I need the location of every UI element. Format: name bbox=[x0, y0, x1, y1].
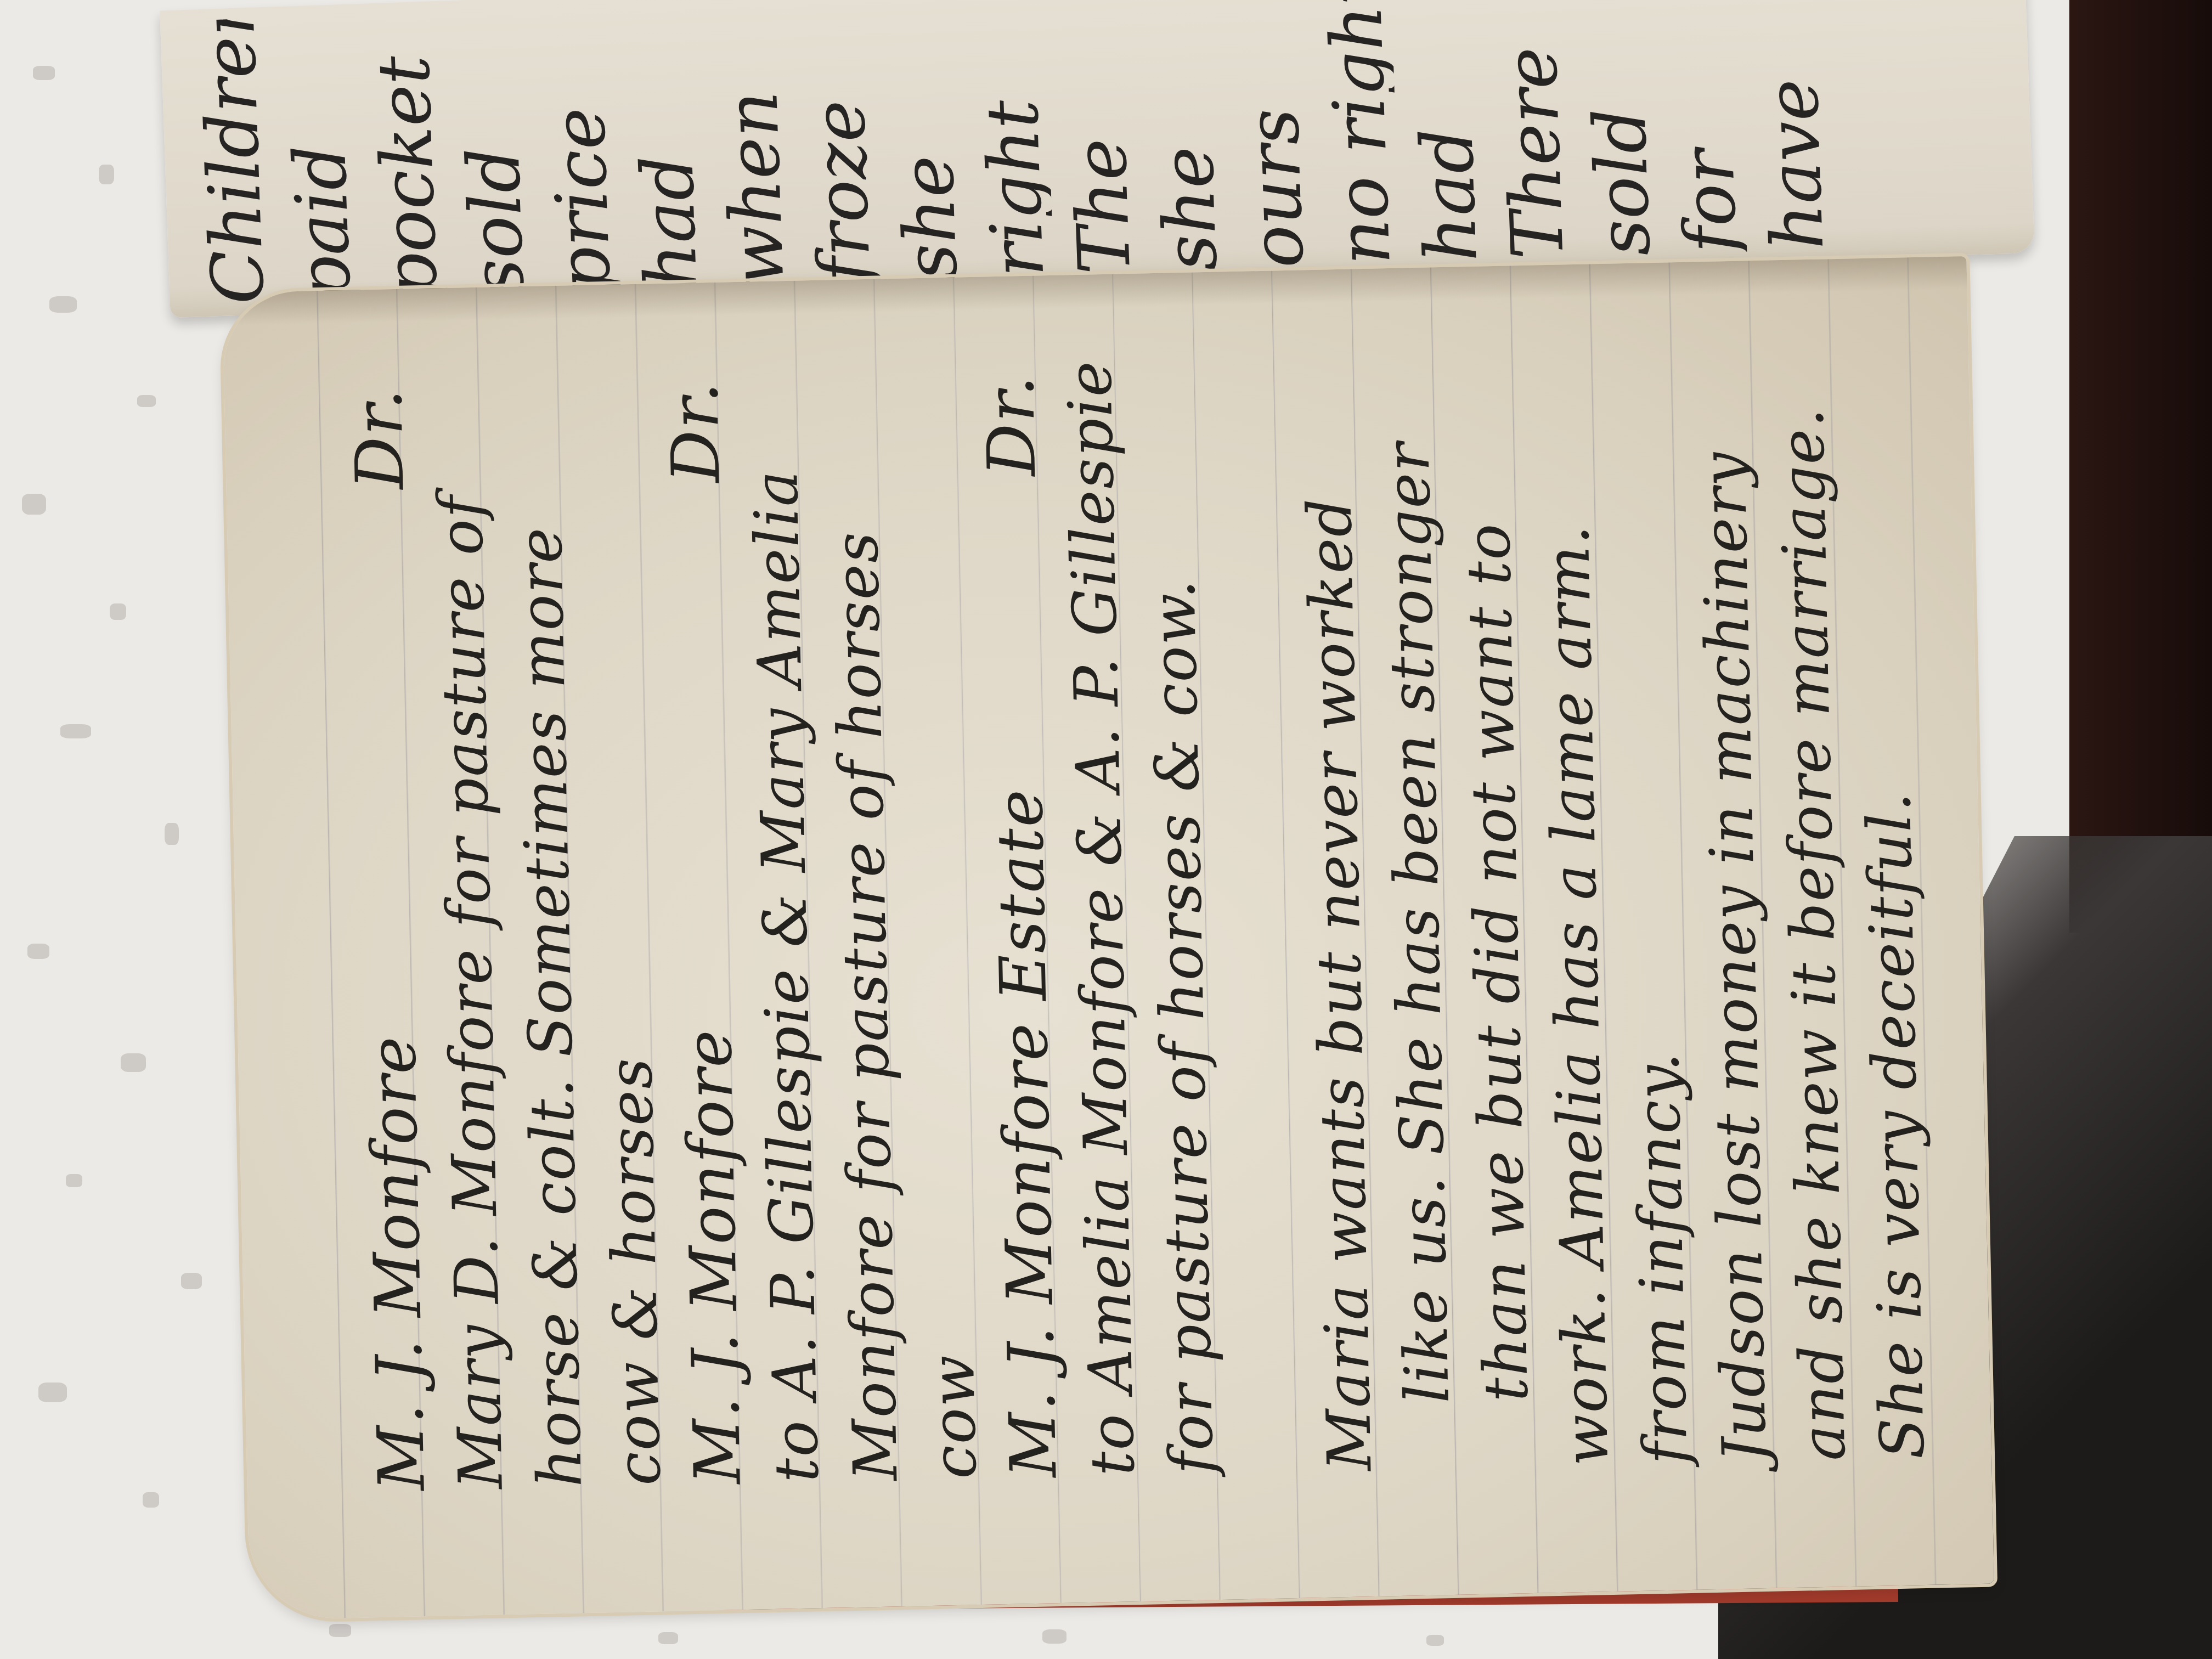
terrazzo-speck bbox=[33, 66, 55, 80]
terrazzo-speck bbox=[137, 395, 156, 407]
handwritten-content: M. J. Monfore Dr. Mary D. Monfore for pa… bbox=[272, 290, 1944, 1586]
terrazzo-speck bbox=[181, 1273, 202, 1289]
debit-label: Dr. bbox=[654, 348, 736, 484]
ledger-entry: M. J. Monfore Estate Dr. to Amelia Monfo… bbox=[970, 338, 1231, 1479]
opposite-fragment: price bbox=[540, 6, 621, 294]
terrazzo-speck bbox=[27, 944, 49, 959]
terrazzo-speck bbox=[66, 1174, 82, 1187]
opposite-fragment: sold bbox=[1579, 0, 1660, 257]
opposite-fragment: paid bbox=[280, 15, 361, 302]
entry-text: cow bbox=[913, 1353, 995, 1480]
opposite-fragment: sold bbox=[453, 9, 534, 296]
opposite-fragment: she bbox=[1146, 0, 1227, 272]
note-text: She is very deceitful. bbox=[1849, 791, 1942, 1460]
terrazzo-speck bbox=[1426, 1635, 1444, 1646]
terrazzo-speck bbox=[60, 724, 91, 738]
entry-text: cow & horses bbox=[590, 1056, 678, 1486]
opposite-fragment: no right bbox=[1319, 0, 1401, 266]
opposite-fragment: for bbox=[1666, 0, 1747, 254]
photo-scene: Children paid pocket sold price had when… bbox=[0, 0, 2212, 1659]
opposite-fragment: she bbox=[886, 0, 967, 281]
terrazzo-speck bbox=[165, 823, 179, 845]
terrazzo-speck bbox=[143, 1492, 159, 1508]
terrazzo-speck bbox=[110, 603, 126, 620]
account-name: M. J. Monfore bbox=[669, 1028, 758, 1485]
debit-label: Dr. bbox=[338, 354, 420, 490]
notes-paragraph: Maria wants but never worked like us. Sh… bbox=[1286, 323, 1942, 1472]
dark-background-right bbox=[2069, 0, 2212, 933]
terrazzo-speck bbox=[658, 1632, 678, 1644]
debit-label: Dr. bbox=[970, 341, 1052, 477]
terrazzo-speck bbox=[38, 1383, 67, 1402]
opposite-fragment: Children bbox=[193, 18, 274, 306]
opposite-fragment: pocket bbox=[366, 12, 448, 300]
opposite-fragment: The bbox=[1059, 0, 1141, 275]
note-text: from infancy. bbox=[1618, 1051, 1706, 1465]
opposite-fragment: There bbox=[1492, 0, 1573, 260]
terrazzo-speck bbox=[22, 494, 46, 515]
terrazzo-speck bbox=[1042, 1629, 1066, 1644]
opposite-fragment: had bbox=[626, 3, 707, 290]
opposite-fragment: right bbox=[973, 0, 1054, 278]
ledger-page: M. J. Monfore Dr. Mary D. Monfore for pa… bbox=[222, 256, 1994, 1620]
opposite-fragment: when bbox=[713, 0, 794, 287]
opposite-fragment: had bbox=[1406, 0, 1487, 263]
account-name: M. J. Monfore bbox=[353, 1035, 442, 1492]
terrazzo-speck bbox=[99, 165, 114, 184]
opposite-fragment: have bbox=[1752, 0, 1833, 251]
terrazzo-speck bbox=[329, 1624, 351, 1637]
ledger-entry: M. J. Monfore Dr. to A. P. Gillespie & M… bbox=[654, 345, 915, 1485]
opposite-fragment: ours bbox=[1233, 0, 1314, 269]
account-name: M. J. Monfore Estate bbox=[980, 788, 1074, 1479]
terrazzo-speck bbox=[49, 296, 77, 313]
terrazzo-speck bbox=[121, 1053, 146, 1072]
ledger-entry: M. J. Monfore Dr. Mary D. Monfore for pa… bbox=[338, 349, 678, 1492]
opposite-fragment: froze bbox=[799, 0, 881, 284]
